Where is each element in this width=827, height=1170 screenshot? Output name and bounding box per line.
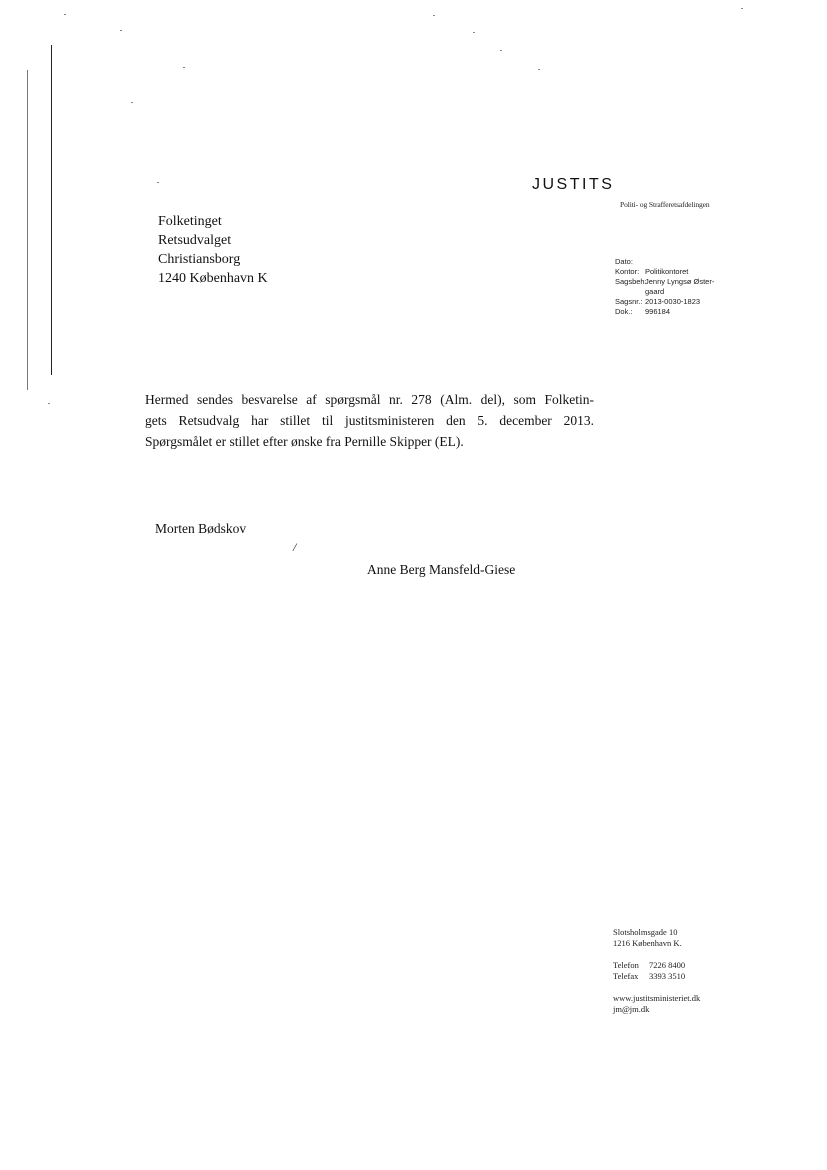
letter-body: Hermed sendes besvarelse af spørgsmål nr…	[145, 389, 594, 452]
minister-name: Morten Bødskov	[155, 521, 246, 537]
department-name: Politi- og Strafferetsafdelingen	[620, 200, 710, 209]
scan-speck	[120, 30, 122, 31]
meta-label: Sagsnr.:	[615, 297, 645, 307]
meta-value: 996184	[645, 307, 760, 317]
footer-city: 1216 København K.	[613, 938, 700, 949]
meta-label: Sagsbeh:	[615, 277, 645, 287]
scan-speck	[433, 15, 435, 16]
body-line: Spørgsmålet er stillet efter ønske fra P…	[145, 431, 594, 452]
footer-website: www.justitsministeriet.dk	[613, 993, 700, 1004]
scan-speck	[538, 69, 540, 70]
meta-value	[645, 257, 760, 267]
scan-speck	[64, 14, 66, 15]
case-metadata: Dato: Kontor: Politikontoret Sagsbeh: Je…	[615, 257, 760, 317]
fax-number: 3393 3510	[649, 971, 685, 982]
scan-speck	[131, 102, 133, 103]
official-name: Anne Berg Mansfeld-Giese	[367, 562, 515, 578]
meta-label	[615, 287, 645, 297]
scan-speck	[500, 50, 502, 51]
meta-value: 2013-0030-1823	[645, 297, 760, 307]
scan-speck	[473, 32, 475, 33]
footer-fax-row: Telefax 3393 3510	[613, 971, 700, 982]
meta-value: Jenny Lyngsø Øster-	[645, 277, 760, 287]
address-line: Folketinget	[158, 212, 268, 231]
ministry-logo: JUSTITS	[532, 176, 614, 194]
meta-row-office: Kontor: Politikontoret	[615, 267, 760, 277]
meta-label: Dok.:	[615, 307, 645, 317]
signature-separator: /	[293, 540, 296, 555]
meta-row-case-number: Sagsnr.: 2013-0030-1823	[615, 297, 760, 307]
document-page: JUSTITS Politi- og Strafferetsafdelingen…	[0, 0, 827, 1170]
meta-row-case-handler: Sagsbeh: Jenny Lyngsø Øster-	[615, 277, 760, 287]
address-line: Christiansborg	[158, 250, 268, 269]
body-line: gets Retsudvalg har stillet til justitsm…	[145, 410, 594, 431]
scan-speck	[48, 403, 50, 404]
meta-row-date: Dato:	[615, 257, 760, 267]
footer-street: Slotsholmsgade 10	[613, 927, 700, 938]
address-line: 1240 København K	[158, 269, 268, 288]
meta-label: Dato:	[615, 257, 645, 267]
footer-phone-row: Telefon 7226 8400	[613, 960, 700, 971]
scan-edge-line	[51, 45, 52, 375]
contact-footer: Slotsholmsgade 10 1216 København K. Tele…	[613, 927, 700, 1014]
phone-label: Telefon	[613, 960, 649, 971]
body-line: Hermed sendes besvarelse af spørgsmål nr…	[145, 389, 594, 410]
scan-speck	[183, 67, 185, 68]
scan-speck	[157, 182, 159, 183]
fax-label: Telefax	[613, 971, 649, 982]
address-line: Retsudvalget	[158, 231, 268, 250]
scan-speck	[741, 8, 743, 9]
meta-value: Politikontoret	[645, 267, 760, 277]
meta-row-case-handler-cont: gaard	[615, 287, 760, 297]
meta-row-document: Dok.: 996184	[615, 307, 760, 317]
meta-label: Kontor:	[615, 267, 645, 277]
meta-value: gaard	[645, 287, 760, 297]
phone-number: 7226 8400	[649, 960, 685, 971]
footer-email: jm@jm.dk	[613, 1004, 700, 1015]
recipient-address: Folketinget Retsudvalget Christiansborg …	[158, 212, 268, 288]
scan-edge-line	[27, 70, 28, 390]
